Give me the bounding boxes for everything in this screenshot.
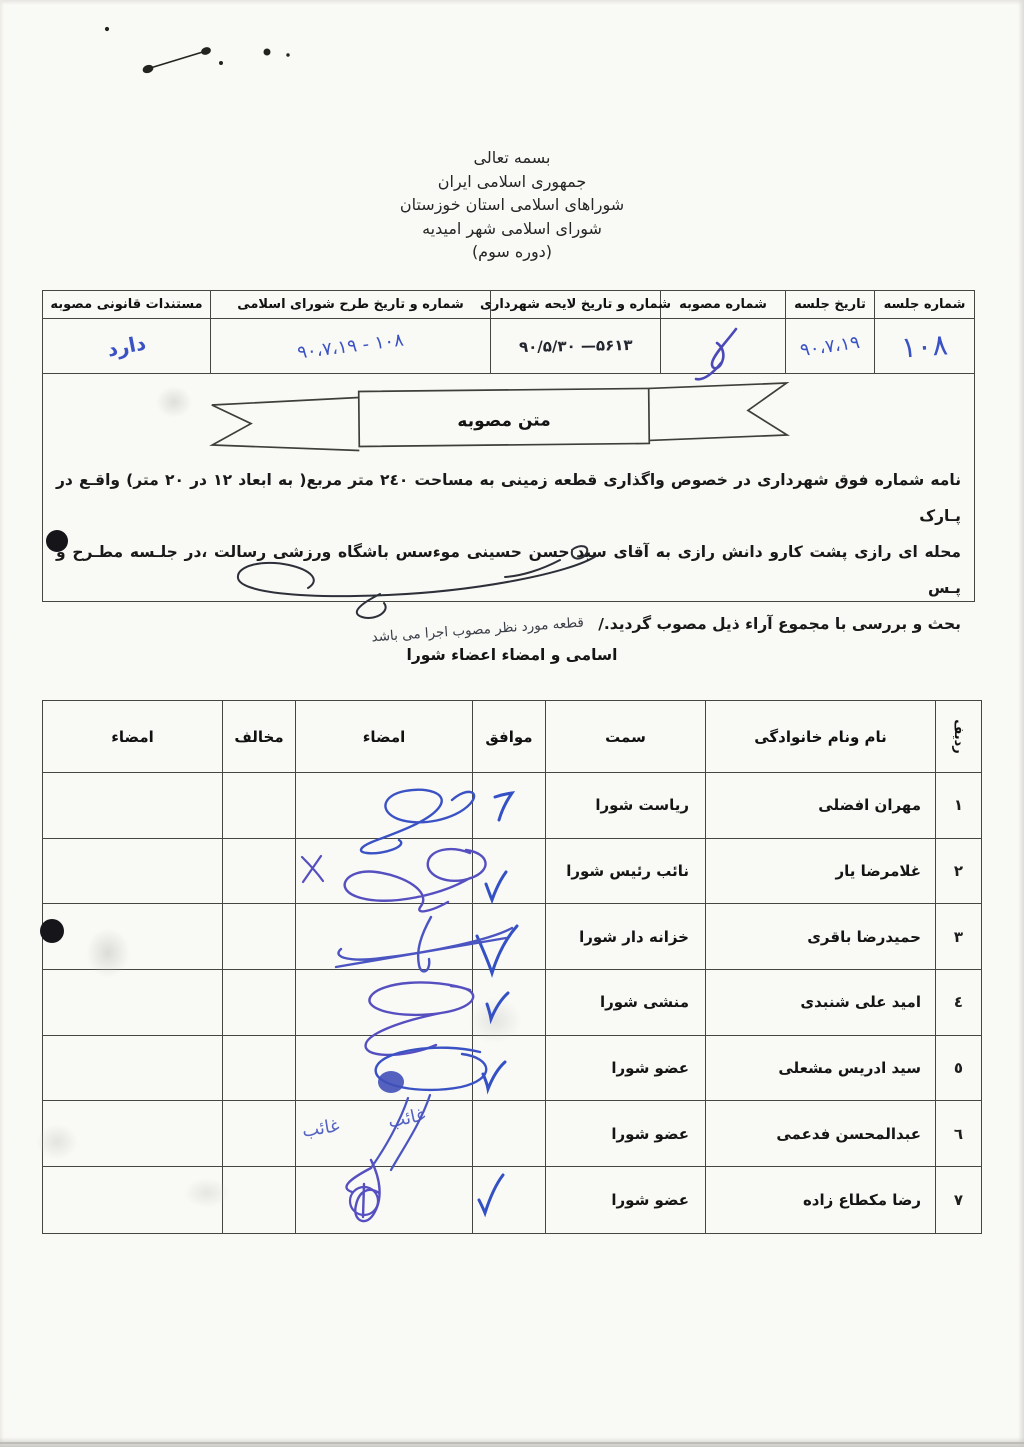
scan-smudge [156,386,192,418]
member-position: عضو شورا [545,1101,705,1167]
oppose-cell [222,1167,295,1233]
agree-cell [472,839,545,905]
agree-cell [472,773,545,839]
letterhead-republic: جمهوری اسلامی ایران [0,170,1024,194]
resolution-info-table: شماره جلسه تاریخ جلسه شماره مصوبه شماره … [42,290,975,374]
letterhead-city-council: شورای اسلامی شهر امیدیه [0,217,1024,241]
oppose-cell [222,773,295,839]
header-session-no: شماره جلسه [874,291,974,319]
signature-cell [295,970,472,1036]
col-header-row-no: ردیف [935,701,981,773]
signature-cell [295,773,472,839]
signature-cell [295,839,472,905]
scan-bottom-crease [0,1442,1024,1444]
row-no: ۷ [935,1167,981,1233]
plan-no-date-handwritten: ۹۰،۷،۱۹ - ۱۰۸ [296,329,405,363]
letterhead-term: (دوره سوم) [0,240,1024,264]
row-no: ۱ [935,773,981,839]
col-header-signature-2: امضاء [43,701,222,773]
col-header-signature: امضاء [295,701,472,773]
header-session-date: تاریخ جلسه [785,291,874,319]
row-no: ۲ [935,839,981,905]
header-plan-no-date: شماره و تاریخ طرح شورای اسلامی [210,291,490,319]
signature2-cell [43,839,222,905]
oppose-cell [222,1101,295,1167]
member-name: مهران افضلی [705,773,935,839]
oppose-cell [222,904,295,970]
member-name: غلامرضا یار [705,839,935,905]
row-no: ۳ [935,904,981,970]
oppose-cell [222,1036,295,1102]
resolution-line-2: محله ای رازی پشت کارو دانش رازی به آقای … [56,534,961,606]
member-position: منشی شورا [545,970,705,1036]
members-section-title: اسامی و امضاء اعضاء شورا [0,646,1024,664]
session-date-handwritten: ۹۰،۷،۱۹ [799,331,861,360]
member-position: نائب رئیس شورا [545,839,705,905]
legal-basis-handwritten: دارد [105,331,148,362]
agree-cell [472,1167,545,1233]
member-position: خزانه دار شورا [545,904,705,970]
member-position: عضو شورا [545,1036,705,1102]
agree-cell [472,904,545,970]
row-no: ٤ [935,970,981,1036]
signature-cell [295,1036,472,1102]
signature2-cell [43,773,222,839]
member-name: حمیدرضا باقری [705,904,935,970]
members-signature-table: ردیف نام ونام خانوادگی سمت موافق امضاء م… [42,700,982,1234]
col-header-oppose: مخالف [222,701,295,773]
signature-cell [295,1167,472,1233]
member-position: ریاست شورا [545,773,705,839]
signature2-cell [43,970,222,1036]
scan-smudge [184,1178,230,1208]
agree-cell [472,1036,545,1102]
scan-edge-top [0,0,1024,5]
signature2-cell [43,904,222,970]
oppose-cell [222,970,295,1036]
value-bill-cell: ۹۰/۵/۳۰ —۵۶۱۳ [490,319,660,373]
col-header-position: سمت [545,701,705,773]
header-legal-basis: مستندات قانونی مصوبه [43,291,210,319]
ribbon-title: متن مصوبه [457,410,551,431]
member-name: عبدالمحسن فدعمی [705,1101,935,1167]
col-header-agree: موافق [472,701,545,773]
col-header-full-name: نام ونام خانوادگی [705,701,935,773]
header-resolution-no: شماره مصوبه [660,291,785,319]
session-no-handwritten: ۱۰۸ [900,327,949,364]
value-resolution-no-cell [660,319,785,373]
member-position: عضو شورا [545,1167,705,1233]
bill-no-date-handwritten: ۹۰/۵/۳۰ —۵۶۱۳ [519,336,633,356]
scan-smudge [36,1124,78,1160]
resolution-body: نامه شماره فوق شهرداری در خصوص واگذاری ق… [56,462,961,643]
letterhead-province-councils: شوراهای اسلامی استان خوزستان [0,193,1024,217]
member-name: سید ادریس مشعلی [705,1036,935,1102]
row-no: ٦ [935,1101,981,1167]
letterhead: بسمه تعالی جمهوری اسلامی ایران شوراهای ا… [0,146,1024,264]
signature2-cell [43,1036,222,1102]
value-session-date-cell: ۹۰،۷،۱۹ [785,319,874,373]
resolution-line-1: نامه شماره فوق شهرداری در خصوص واگذاری ق… [56,462,961,534]
letterhead-bismillah: بسمه تعالی [0,146,1024,170]
scan-smudge [86,928,130,978]
resolution-line-3-printed: بحث و بررسی با مجموع آراء ذیل مصوب گردید… [598,606,961,642]
value-session-no-cell: ۱۰۸ [874,319,974,373]
oppose-cell [222,839,295,905]
member-name: رضا مکطاع زاده [705,1167,935,1233]
row-no: ٥ [935,1036,981,1102]
resolution-title-ribbon: متن مصوبه [204,379,797,457]
resolution-line-3: بحث و بررسی با مجموع آراء ذیل مصوب گردید… [56,606,961,643]
scanned-council-resolution-document: بسمه تعالی جمهوری اسلامی ایران شوراهای ا… [0,0,1024,1447]
value-legal-cell: دارد [43,319,210,373]
signature-cell [295,904,472,970]
scan-smudge [468,998,522,1044]
agree-cell [472,1101,545,1167]
value-plan-cell: ۹۰،۷،۱۹ - ۱۰۸ [210,319,490,373]
member-name: امید علی شنبدی [705,970,935,1036]
header-bill-no-date: شماره و تاریخ لایحه شهرداری [490,291,660,319]
pen-scratch-marks [105,27,289,73]
